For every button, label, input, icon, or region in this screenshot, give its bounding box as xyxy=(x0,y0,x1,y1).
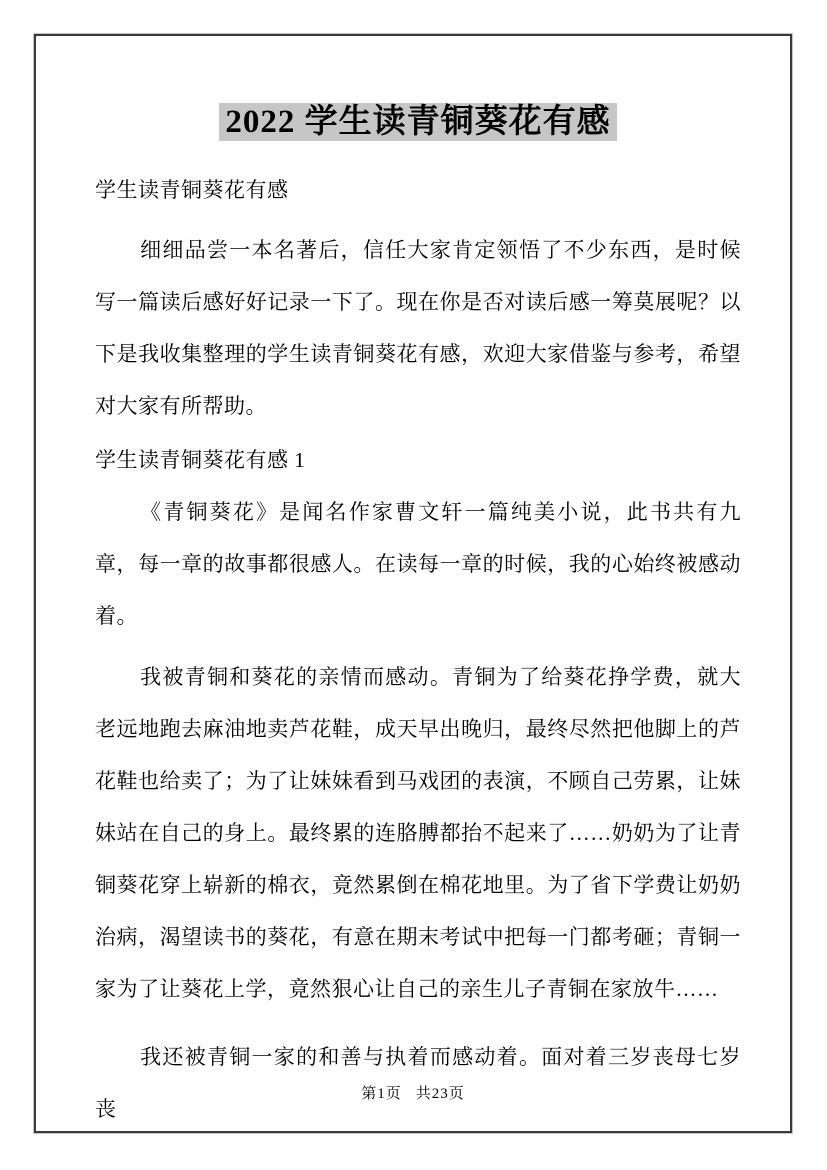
document-page: 2022 学生读青铜葵花有感 学生读青铜葵花有感细细品尝一本名著后，信任大家肯定… xyxy=(34,34,792,1133)
document-content: 2022 学生读青铜葵花有感 学生读青铜葵花有感细细品尝一本名著后，信任大家肯定… xyxy=(95,102,741,1135)
page-total: 共23页 xyxy=(416,1086,465,1102)
paragraph: 《青铜葵花》是闻名作家曹文轩一篇纯美小说，此书共有九章，每一章的故事都很感人。在… xyxy=(95,486,741,642)
title-highlight: 2022 学生读青铜葵花有感 xyxy=(219,103,616,141)
page-number: 第1页 xyxy=(361,1086,402,1102)
paragraph: 细细品尝一本名著后，信任大家肯定领悟了不少东西，是时候写一篇读后感好好记录一下了… xyxy=(95,224,741,432)
document-title: 2022 学生读青铜葵花有感 xyxy=(95,102,741,142)
paragraph: 我被青铜和葵花的亲情而感动。青铜为了给葵花挣学费，就大老远地跑去麻油地卖芦花鞋，… xyxy=(95,651,741,1015)
page-footer: 第1页共23页 xyxy=(36,1082,790,1103)
paragraphs: 学生读青铜葵花有感细细品尝一本名著后，信任大家肯定领悟了不少东西，是时候写一篇读… xyxy=(95,164,741,1135)
section-heading: 学生读青铜葵花有感 1 xyxy=(95,434,741,486)
section-heading: 学生读青铜葵花有感 xyxy=(95,164,741,216)
